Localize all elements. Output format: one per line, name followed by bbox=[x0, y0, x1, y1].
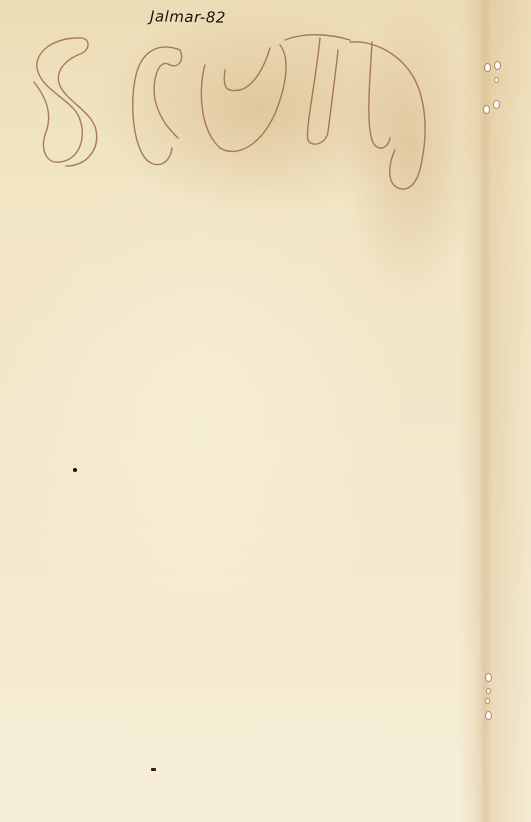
punch-hole bbox=[486, 674, 491, 681]
punch-hole bbox=[486, 699, 489, 703]
punch-hole bbox=[484, 106, 489, 113]
punch-hole bbox=[487, 689, 490, 693]
punch-hole bbox=[495, 62, 500, 69]
punch-hole bbox=[486, 712, 491, 719]
ink-speck bbox=[151, 768, 156, 771]
punch-hole bbox=[495, 78, 498, 82]
pencil-scrawl-letters bbox=[30, 20, 470, 220]
paper-sheet: Jalmar-82 bbox=[0, 0, 531, 822]
ink-speck bbox=[73, 468, 77, 472]
fold-crease bbox=[478, 0, 492, 822]
punch-hole bbox=[485, 64, 490, 71]
punch-hole bbox=[494, 101, 499, 108]
